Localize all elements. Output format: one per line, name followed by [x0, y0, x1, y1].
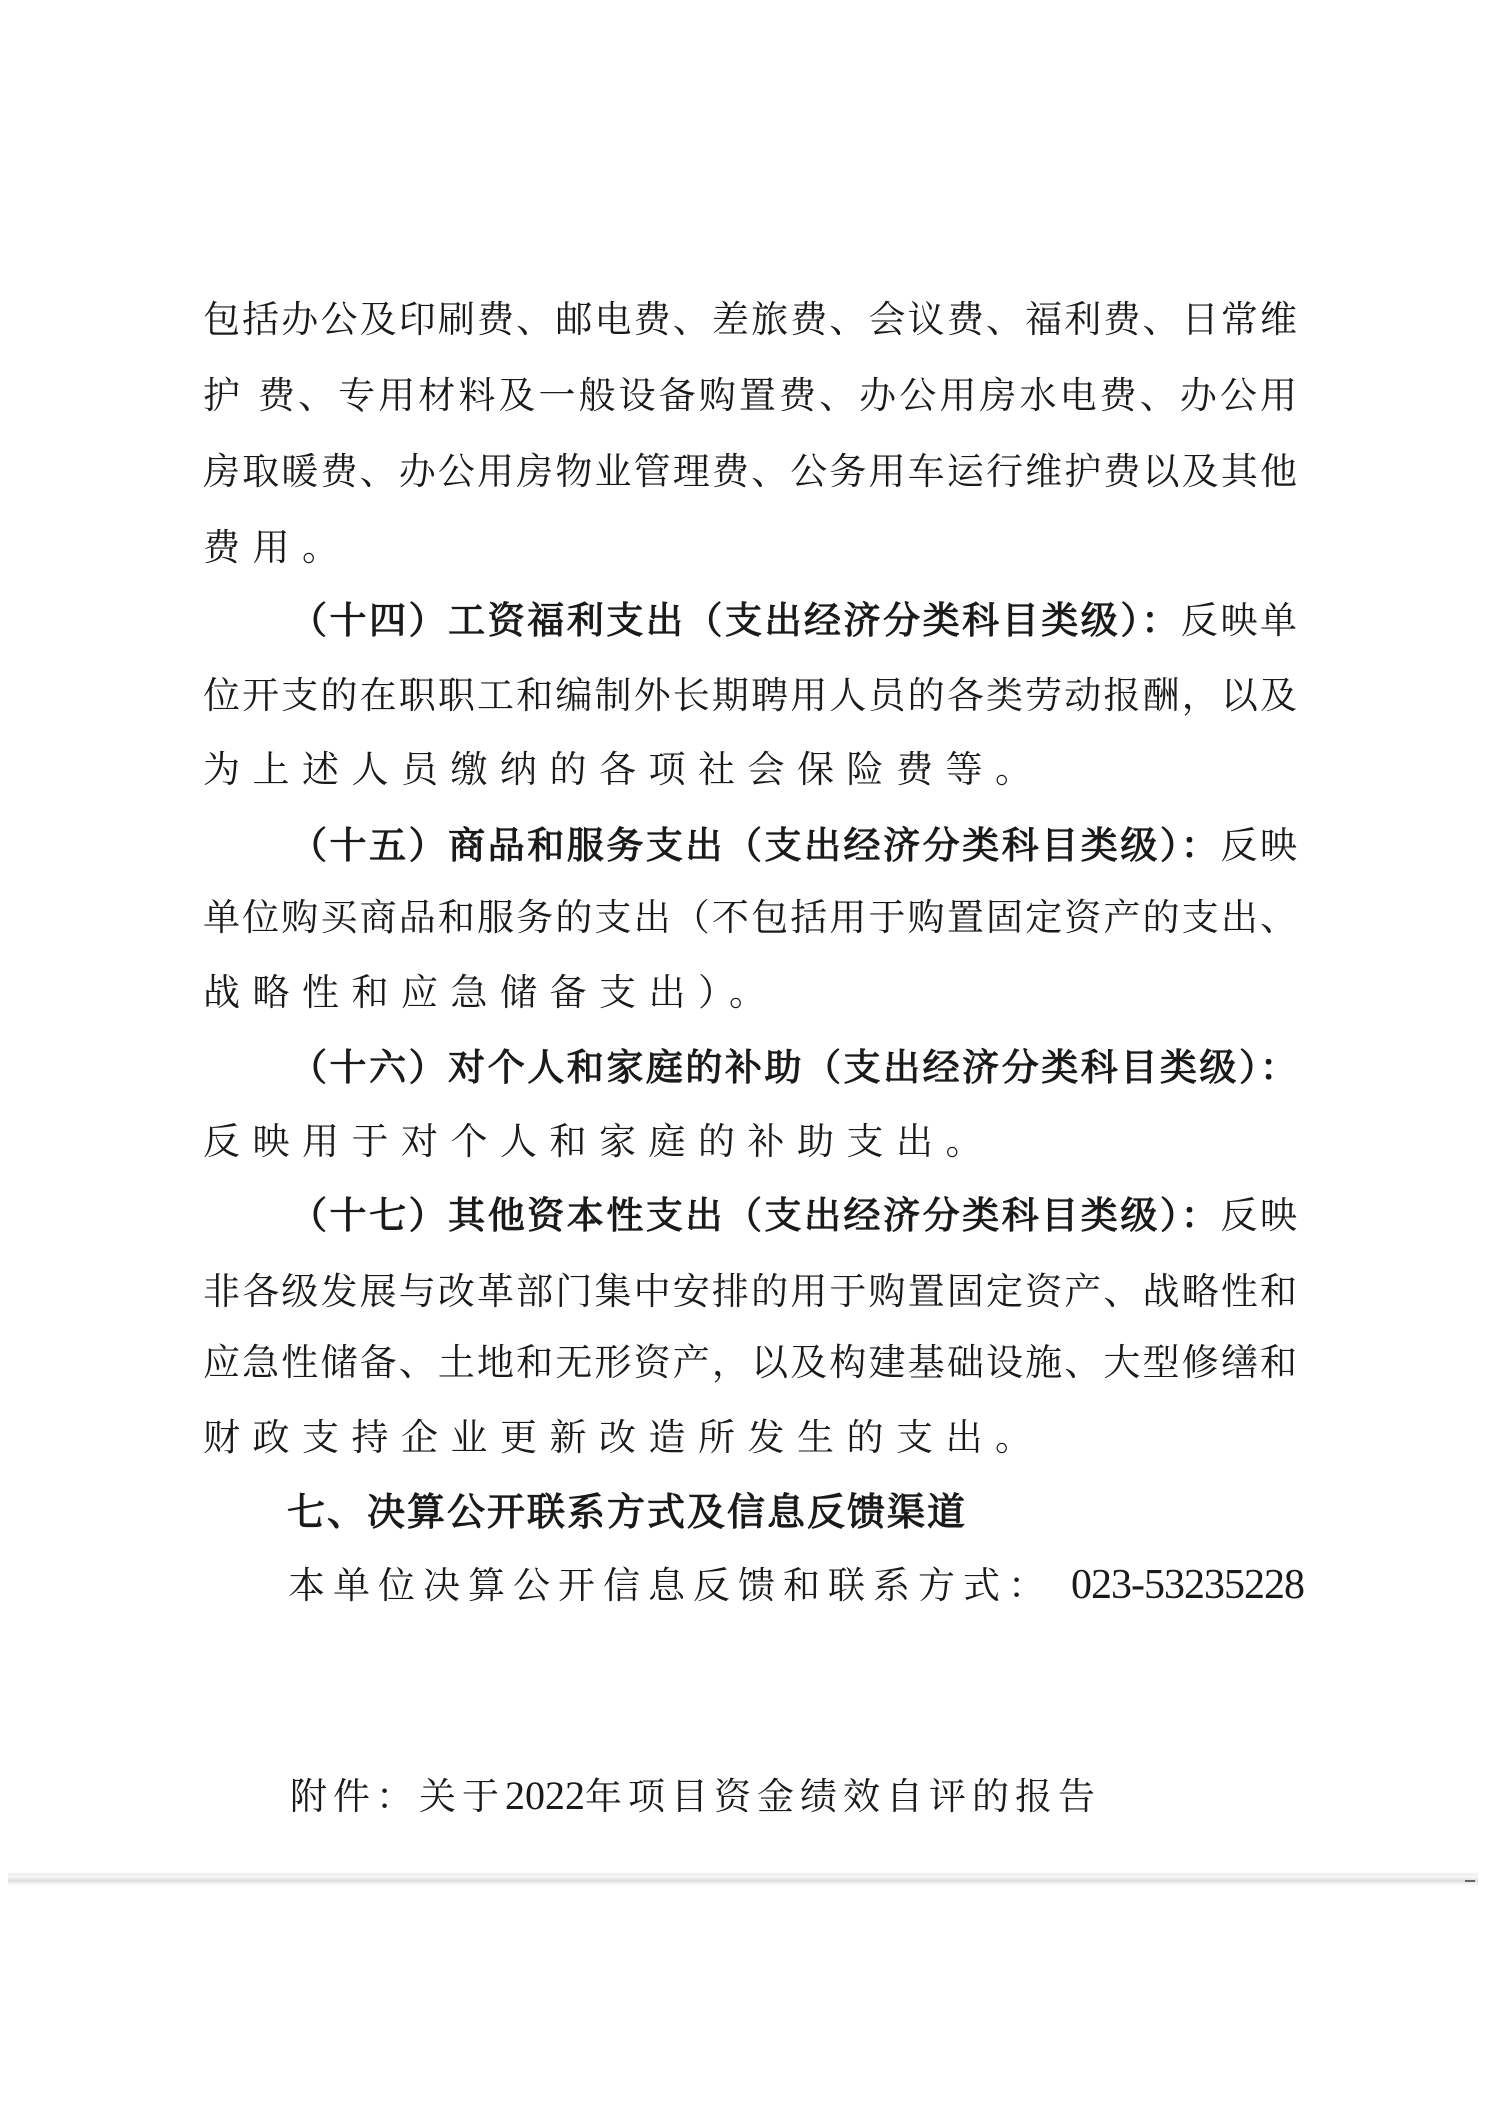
page-divider-tick [1465, 1880, 1475, 1882]
attachment-prefix: 附件：关于 [290, 1775, 505, 1818]
item-17-text: 反映 [1220, 1194, 1297, 1237]
paragraph-line: 护 费、专用材料及一般设备购置费、办公用房水电费、办公用 [203, 371, 1297, 421]
paragraph-line: 财政支持企业更新改造所发生的支出。 [203, 1413, 1297, 1463]
item-14-heading: （十四）工资福利支出（支出经济分类科目类级）： [290, 598, 1181, 642]
attachment-year: 2022 [505, 1773, 585, 1818]
attachment-suffix: 年项目资金绩效自评的报告 [585, 1775, 1101, 1818]
item-16-line: （十六）对个人和家庭的补助（支出经济分类科目类级）： [290, 1042, 1297, 1092]
item-14-line: （十四）工资福利支出（支出经济分类科目类级）：反映单 [290, 595, 1297, 645]
item-17-line: （十七）其他资本性支出（支出经济分类科目类级）：反映 [290, 1190, 1297, 1240]
item-15-heading: （十五）商品和服务支出（支出经济分类科目类级）： [290, 823, 1220, 867]
contact-phone: 023-53235228 [1071, 1562, 1304, 1608]
item-17-heading: （十七）其他资本性支出（支出经济分类科目类级）： [290, 1193, 1220, 1237]
paragraph-line: 位开支的在职职工和编制外长期聘用人员的各类劳动报酬，以及 [203, 671, 1297, 721]
paragraph-line: 包括办公及印刷费、邮电费、差旅费、会议费、福利费、日常维 [203, 295, 1297, 345]
attachment-line: 附件：关于2022年项目资金绩效自评的报告 [290, 1771, 1190, 1821]
paragraph-line: 房取暖费、办公用房物业管理费、公务用车运行维护费以及其他 [203, 447, 1297, 497]
paragraph-line: 单位购买商品和服务的支出（不包括用于购置固定资产的支出、 [203, 893, 1297, 943]
paragraph-line: 非各级发展与改革部门集中安排的用于购置固定资产、战略性和 [203, 1267, 1297, 1317]
page-divider [8, 1872, 1478, 1886]
document-page: 包括办公及印刷费、邮电费、差旅费、会议费、福利费、日常维 护 费、专用材料及一般… [0, 0, 1487, 2102]
item-15-line: （十五）商品和服务支出（支出经济分类科目类级）：反映 [290, 820, 1297, 870]
paragraph-line: 反映用于对个人和家庭的补助支出。 [203, 1117, 1297, 1167]
contact-label: 本单位决算公开信息反馈和联系方式： [288, 1564, 1053, 1607]
contact-line: 本单位决算公开信息反馈和联系方式：023-53235228 [288, 1560, 1288, 1610]
paragraph-line: 战略性和应急储备支出）。 [203, 968, 1297, 1018]
paragraph-line: 应急性储备、土地和无形资产，以及构建基础设施、大型修缮和 [203, 1338, 1297, 1388]
item-15-text: 反映 [1220, 824, 1297, 867]
section-seven-heading: 七、决算公开联系方式及信息反馈渠道 [287, 1487, 1087, 1537]
paragraph-line: 为上述人员缴纳的各项社会保险费等。 [203, 745, 1297, 795]
item-14-text: 反映单 [1181, 599, 1297, 642]
paragraph-line: 费用。 [203, 523, 1297, 573]
item-16-heading: （十六）对个人和家庭的补助（支出经济分类科目类级）： [290, 1045, 1297, 1089]
